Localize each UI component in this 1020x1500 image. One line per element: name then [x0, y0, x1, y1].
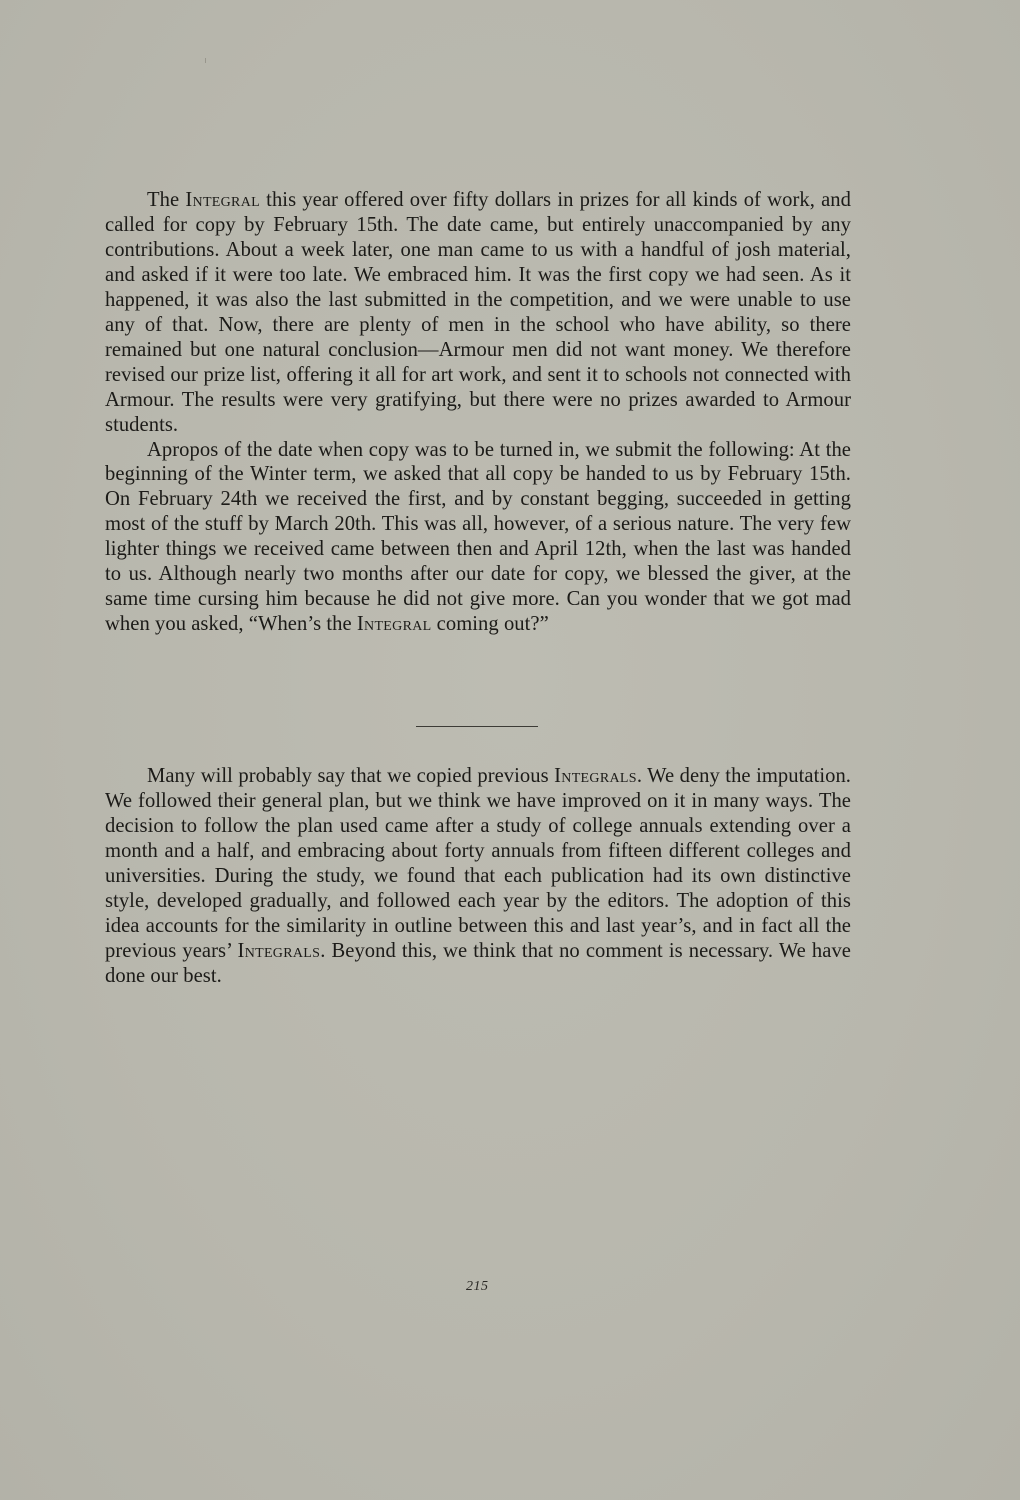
- text-run: this year offered over fifty dollars in …: [105, 189, 851, 436]
- section-2: Many will probably say that we copied pr…: [105, 764, 851, 989]
- text-run: Apropos of the date when copy was to be …: [105, 439, 851, 636]
- paragraph-prize-contest: The Integral this year offered over fift…: [105, 188, 851, 438]
- text-run: The: [147, 189, 185, 211]
- paragraph-previous-integrals: Many will probably say that we copied pr…: [105, 764, 851, 989]
- section-1: The Integral this year offered over fift…: [105, 188, 851, 637]
- publication-name: Integral: [185, 189, 260, 211]
- page-number: 215: [466, 1279, 489, 1295]
- paragraph-copy-dates: Apropos of the date when copy was to be …: [105, 438, 851, 638]
- text-run: . We deny the imputation. We followed th…: [105, 765, 851, 962]
- page: The Integral this year offered over fift…: [0, 0, 1020, 1500]
- publication-name: Integrals: [554, 765, 637, 787]
- paper-speck: [205, 58, 206, 63]
- section-divider: [416, 726, 538, 727]
- publication-name: Integrals: [238, 940, 321, 962]
- text-run: Many will probably say that we copied pr…: [147, 765, 554, 787]
- publication-name: Integral: [357, 613, 432, 635]
- text-run: coming out?”: [431, 613, 548, 635]
